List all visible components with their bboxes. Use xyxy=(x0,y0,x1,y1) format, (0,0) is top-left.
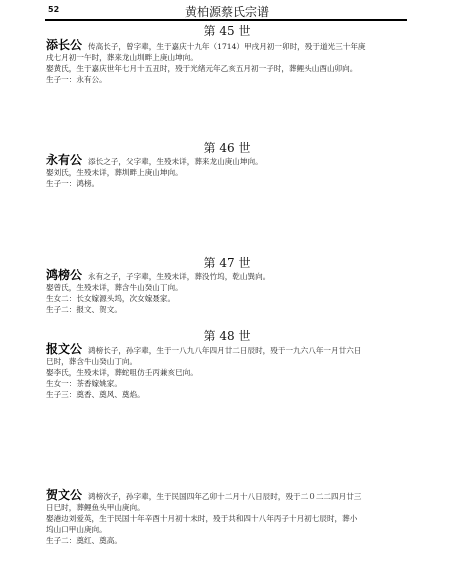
entry-text: 娶曾氏，生殁未详，葬含牛山癸山丁向。 xyxy=(46,282,406,293)
genealogy-entry: 贺文公鸿榜次子，孙字辈，生于民国四年乙卯十二月十八日辰时，殁于二０二二四月廿三 … xyxy=(46,490,406,546)
person-name: 添长公 xyxy=(46,38,82,52)
entry-text: 鸿榜次子，孙字辈，生于民国四年乙卯十二月十八日辰时，殁于二０二二四月廿三 xyxy=(88,492,361,501)
entry-text: 生子三：奠香、奠风、奠焰。 xyxy=(46,389,406,400)
entry-text: 永有之子，子字辈，生殁未详，葬没竹坞，乾山巽向。 xyxy=(88,272,270,281)
genealogy-entry: 报文公鸿榜长子，孙字辈，生于一八九八年四月廿二日辰时，殁于一九六八年一月廿六日 … xyxy=(46,344,406,400)
entry-text: 鸿榜长子，孙字辈，生于一八九八年四月廿二日辰时，殁于一九六八年一月廿六日 xyxy=(88,346,361,355)
entry-text: 添长之子，父字辈，生殁未详，葬来龙山庚山坤向。 xyxy=(88,157,263,166)
entry-text: 娶黄氏，生于嘉庆世年七月十五丑时，殁于光绪元年乙亥五月初一子时，葬鲤头山酉山卯向… xyxy=(46,63,406,74)
person-name: 贺文公 xyxy=(46,488,82,502)
entry-text: 生子一：鸿榜。 xyxy=(46,178,406,189)
genealogy-entry: 鸿榜公永有之子，子字辈，生殁未详，葬没竹坞，乾山巽向。 娶曾氏，生殁未详，葬含牛… xyxy=(46,270,406,315)
header-divider xyxy=(45,19,407,21)
person-name: 报文公 xyxy=(46,342,82,356)
genealogy-entry: 添长公传高长子，曾字辈，生于嘉庆十九年（1714）甲戌月初一卯时，殁于道光三十年… xyxy=(46,40,406,85)
entry-text: 日巳时，葬鲤鱼头甲山庚向。 xyxy=(46,502,406,513)
generation-heading: 第 45 世 xyxy=(0,22,454,39)
entry-text: 巳时，葬含牛山癸山丁向。 xyxy=(46,356,406,367)
genealogy-entry: 永有公添长之子，父字辈，生殁未详，葬来龙山庚山坤向。 娶刘氏，生殁未详，葬圳畔上… xyxy=(46,155,406,189)
entry-text: 戌七月初一午时，葬来龙山圳畔上庚山坤向。 xyxy=(46,52,406,63)
book-title: 黄柏源蔡氏宗谱 xyxy=(0,3,454,20)
person-name: 鸿榜公 xyxy=(46,268,82,282)
entry-text: 生女二：长女嫁源头坞，次女嫁聂家。 xyxy=(46,293,406,304)
entry-text: 生子二：奠红、奠高。 xyxy=(46,535,406,546)
entry-text: 娶刘氏，生殁未详，葬圳畔上庚山坤向。 xyxy=(46,167,406,178)
entry-text: 生子一：永有公。 xyxy=(46,74,406,85)
entry-text: 坞山口甲山庚向。 xyxy=(46,524,406,535)
entry-text: 娶港边刘爱英，生于民国十年辛酉十月初十未时，殁于共和四十八年丙子十月初七辰时，葬… xyxy=(46,513,406,524)
entry-text: 生女一：茶香嫁姚家。 xyxy=(46,378,406,389)
person-name: 永有公 xyxy=(46,153,82,167)
entry-text: 传高长子，曾字辈，生于嘉庆十九年（1714）甲戌月初一卯时，殁于道光三十年庚 xyxy=(88,42,366,51)
entry-text: 娶李氏，生殁未详，葬蛇咀仿壬丙兼亥巳向。 xyxy=(46,367,406,378)
entry-text: 生子二：报文、贺文。 xyxy=(46,304,406,315)
